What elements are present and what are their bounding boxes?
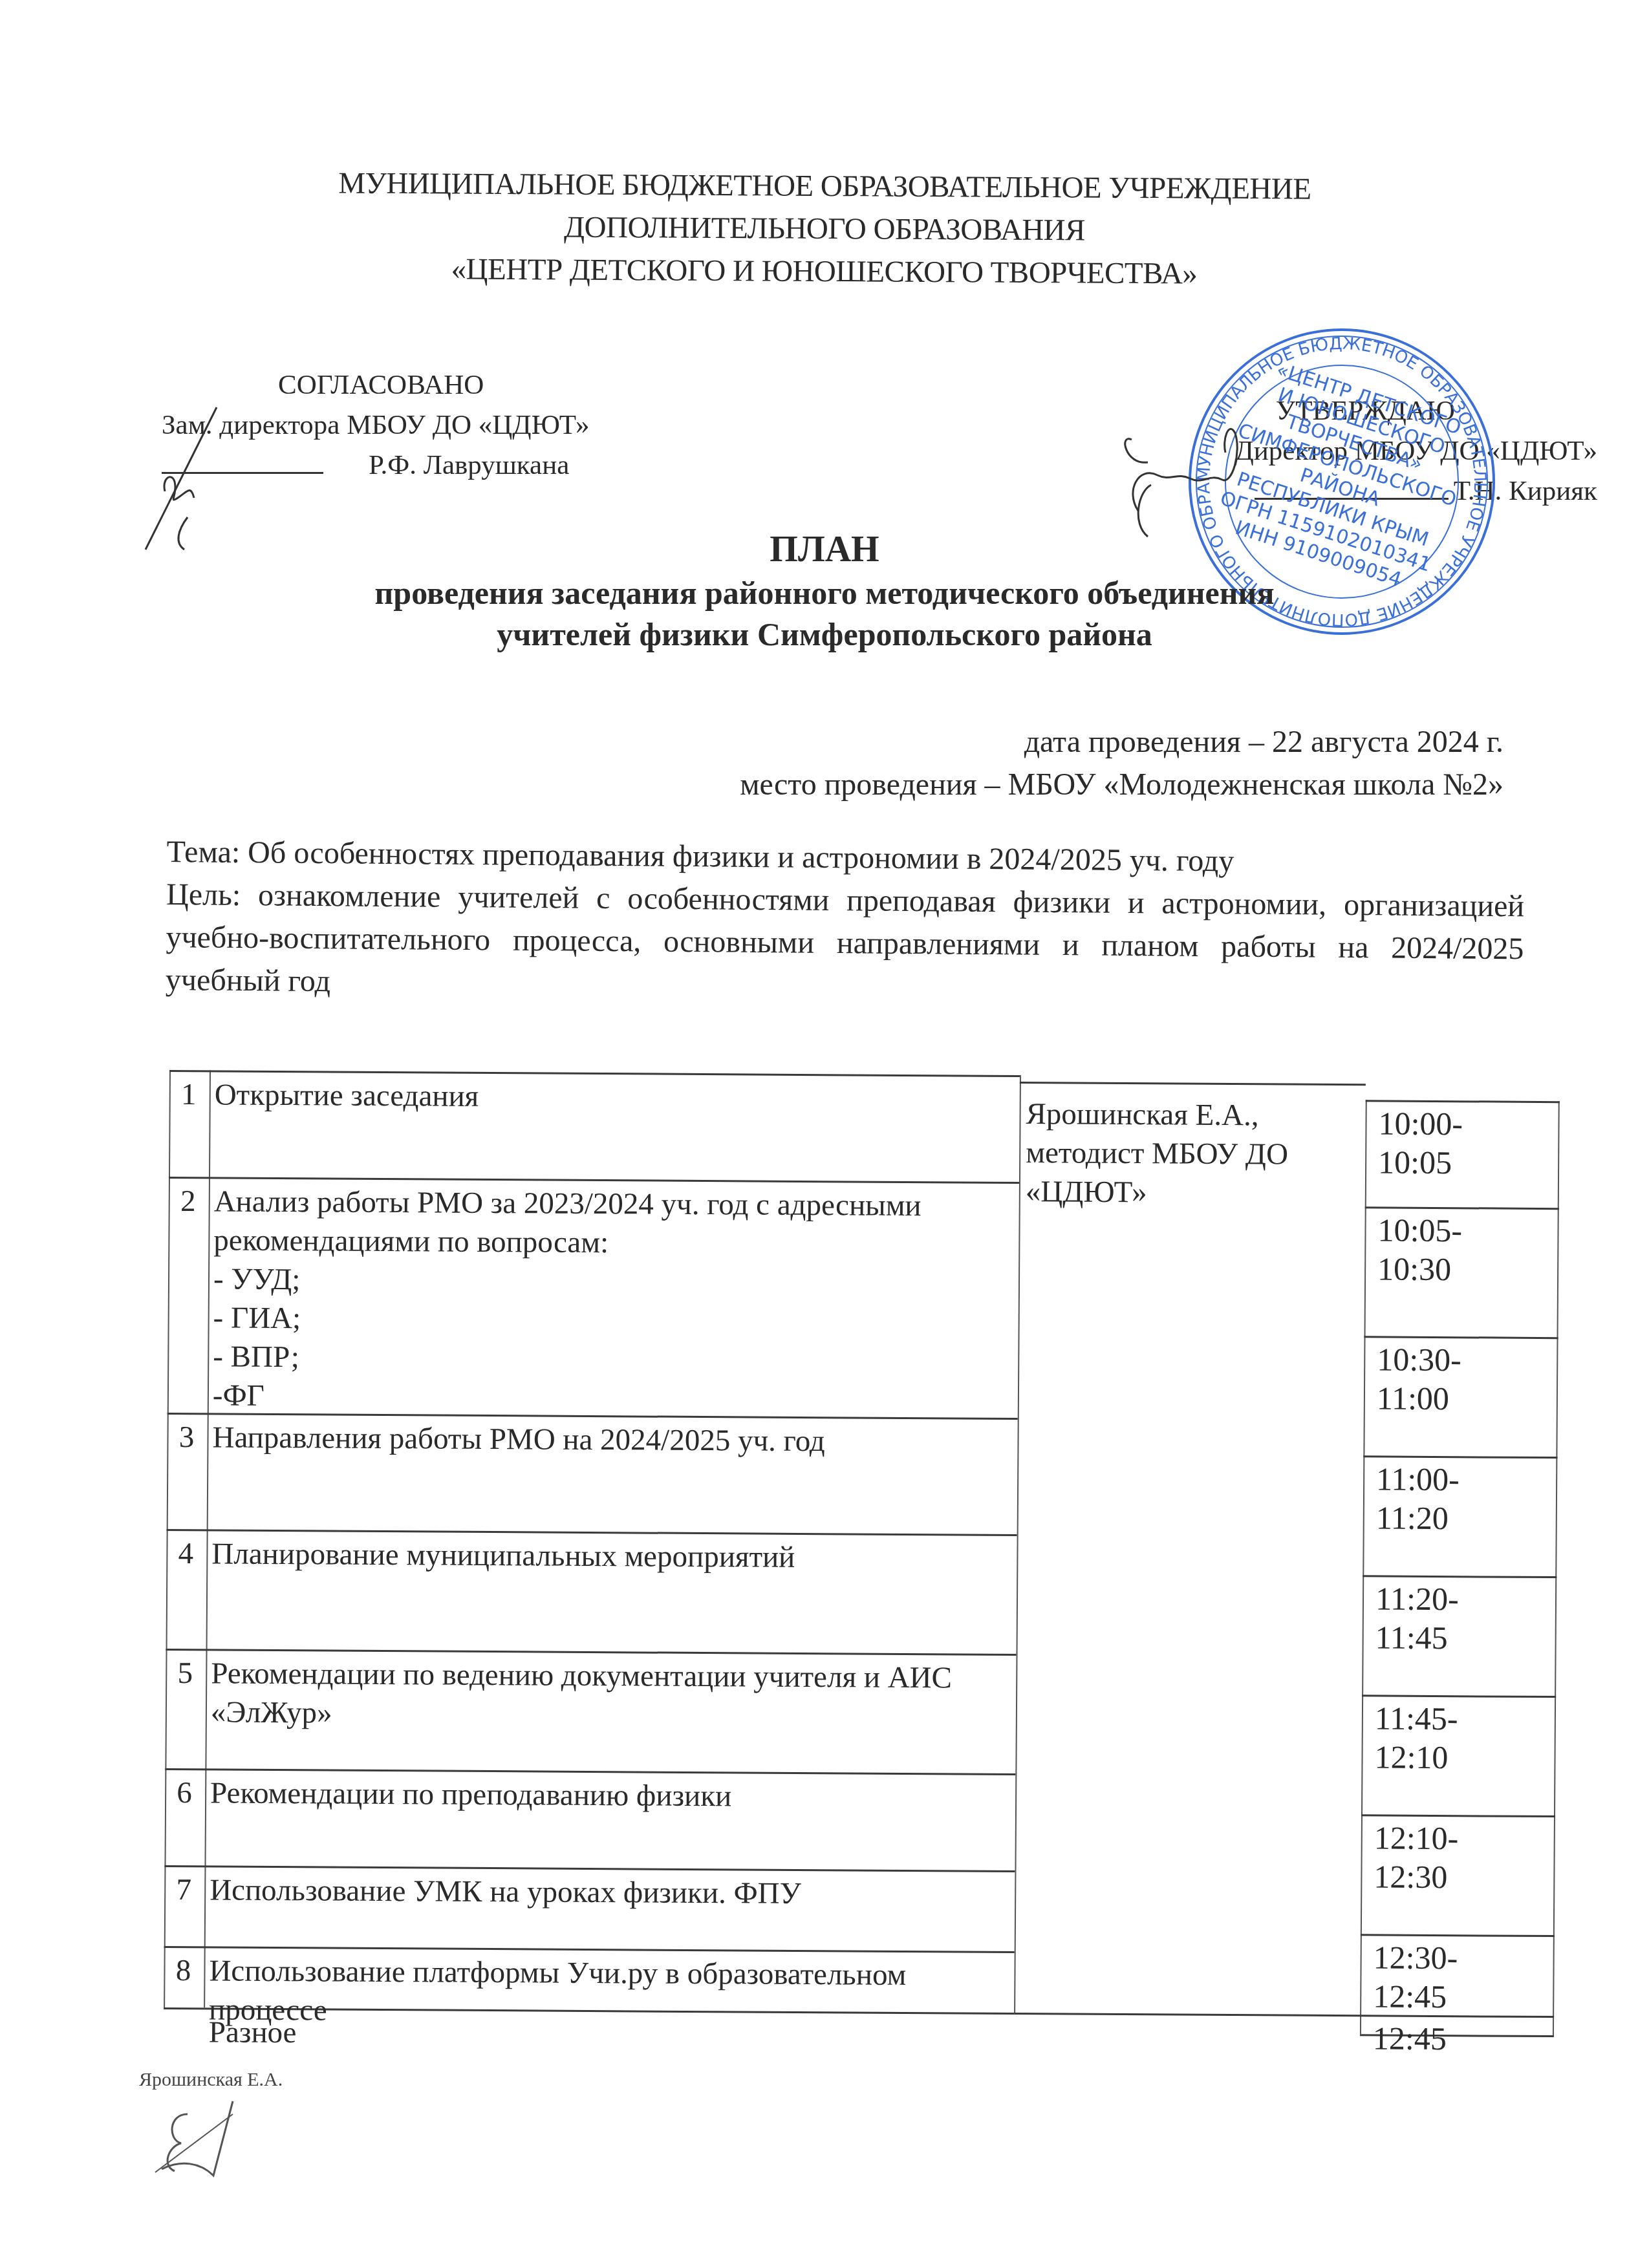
- plan-title: ПЛАН: [0, 527, 1649, 572]
- director-signature-icon: [1112, 414, 1280, 543]
- plan-subtitle-2: учителей физики Симферопольского района: [0, 614, 1649, 655]
- agreed-name: Р.Ф. Лаврушкана: [369, 450, 569, 480]
- table-border: [1020, 1082, 1366, 1086]
- meeting-meta: дата проведения – 22 августа 2024 г. мес…: [740, 721, 1503, 806]
- author-signature-icon: [142, 2088, 259, 2179]
- agenda-table: 1Открытие заседания10:00- 10:052Анализ р…: [164, 1070, 1560, 2016]
- plan-subtitle-1: проведения заседания районного методичес…: [0, 572, 1649, 614]
- agenda-row-number: 8: [164, 1951, 202, 1990]
- agenda-row-number: 3: [167, 1418, 206, 1457]
- table-border: [1014, 2013, 1360, 2017]
- agenda-row-number: 5: [166, 1654, 204, 1693]
- agenda-row-topic: Использование УМК на уроках физики. ФПУ: [210, 1870, 1011, 1914]
- agenda-row-number: 1: [169, 1075, 208, 1114]
- agenda-row-time: 10:00- 10:05: [1378, 1104, 1540, 1182]
- agenda-row-number: 4: [166, 1534, 205, 1573]
- table-border: [1360, 1100, 1367, 2034]
- agenda-row-topic: Планирование муниципальных мероприятий: [211, 1534, 1013, 1578]
- agenda-row-time: 12:10- 12:30: [1374, 1818, 1536, 1897]
- agenda-responsible: Ярошинская Е.А., методист МБОУ ДО «ЦДЮТ»: [1026, 1095, 1298, 1213]
- table-border: [1361, 1934, 1555, 1937]
- agenda-row-time: 11:20- 11:45: [1375, 1579, 1537, 1658]
- agenda-row-topic: Направления работы РМО на 2024/2025 уч. …: [212, 1418, 1014, 1462]
- agenda-row-topic: Рекомендации по ведению документации учи…: [211, 1654, 1013, 1737]
- agenda-row-time: 10:05- 10:30: [1377, 1210, 1540, 1289]
- table-border: [1366, 1100, 1560, 1103]
- agenda-row-time: 12:45: [1373, 2018, 1535, 2059]
- agenda-row-time: 11:45- 12:10: [1374, 1698, 1536, 1777]
- agenda-row-time: 11:00- 11:20: [1376, 1459, 1538, 1538]
- agenda-row-topic: Анализ работы РМО за 2023/2024 уч. год с…: [213, 1182, 1016, 1420]
- table-border: [1363, 1575, 1557, 1578]
- table-border: [1363, 1455, 1557, 1459]
- table-border: [1361, 1814, 1555, 1817]
- agenda-row-number: 2: [169, 1182, 208, 1221]
- agenda-row-time: 12:30- 12:45: [1373, 1938, 1535, 2017]
- meeting-date: дата проведения – 22 августа 2024 г.: [740, 721, 1503, 764]
- table-border: [1362, 1695, 1556, 1698]
- footer-author: Ярошинская Е.А.: [139, 2069, 283, 2091]
- agenda-row-number: 6: [165, 1773, 204, 1812]
- table-border: [1553, 1101, 1560, 2035]
- goal-text: Цель: ознакомление учителей с особенност…: [166, 873, 1525, 1013]
- agenda-row-topic: Рекомендации по преподаванию физики: [210, 1773, 1012, 1817]
- theme-goal-block: Тема: Об особенностях преподавания физик…: [166, 831, 1525, 1013]
- plan-title-block: ПЛАН проведения заседания районного мето…: [0, 527, 1649, 655]
- agreed-title: СОГЛАСОВАНО: [162, 365, 711, 405]
- agenda-row-topic: Открытие заседания: [215, 1075, 1017, 1119]
- meeting-place: место проведения – МБОУ «Молодежненская …: [740, 764, 1503, 806]
- table-border: [1364, 1336, 1558, 1339]
- agenda-row-number: 7: [164, 1870, 203, 1909]
- agenda-row-time: 10:30- 11:00: [1377, 1340, 1539, 1418]
- table-border: [1365, 1206, 1559, 1210]
- agenda-row-topic: Разное: [209, 2013, 1011, 2057]
- organization-header: МУНИЦИПАЛЬНОЕ БЮДЖЕТНОЕ ОБРАЗОВАТЕЛЬНОЕ …: [0, 160, 1649, 298]
